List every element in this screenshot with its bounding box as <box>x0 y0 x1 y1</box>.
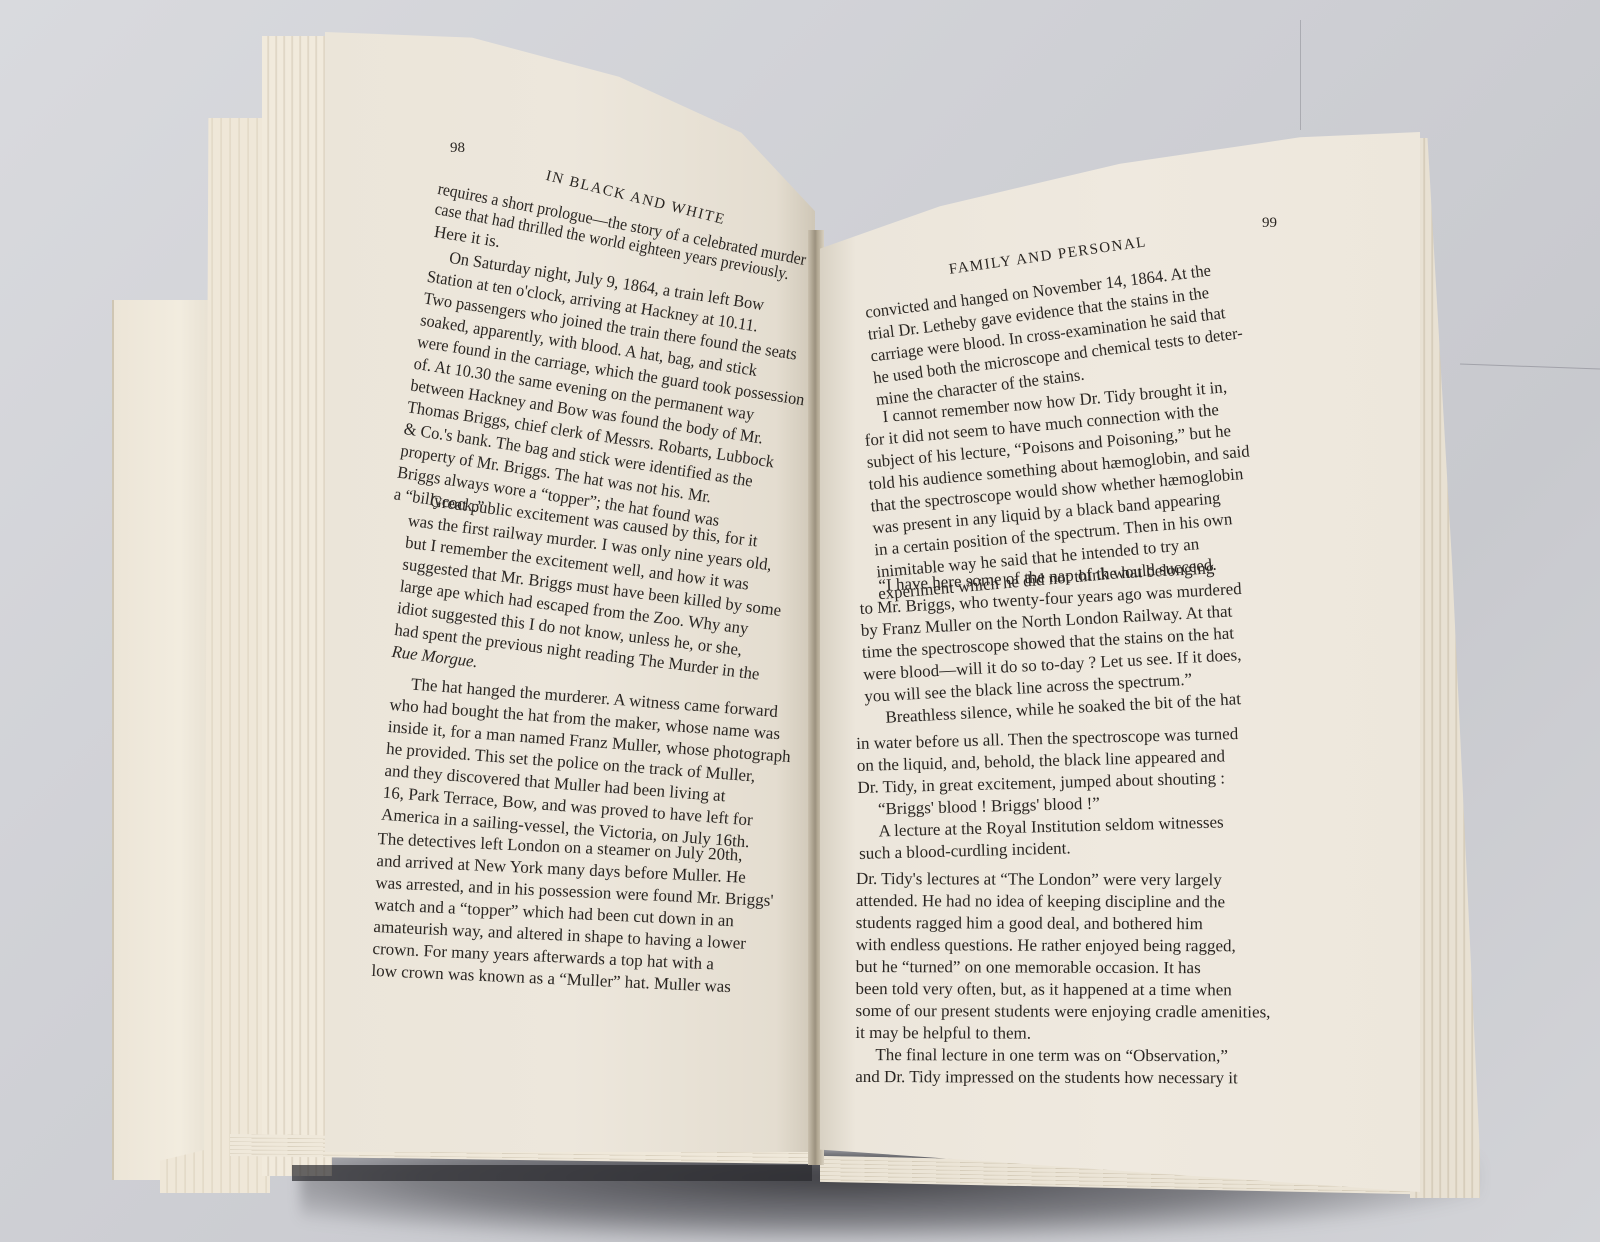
page-number-left: 98 <box>450 140 465 157</box>
page-number-right: 99 <box>1262 215 1277 232</box>
right-page-text-block-5: Dr. Tidy's lectures at “The London” were… <box>855 868 1271 1089</box>
left-page-text-block-4: The detectives left London on a steamer … <box>371 828 776 1000</box>
right-page-text-block-4: in water before us all. Then the spectro… <box>856 723 1241 865</box>
book-spine-bottom <box>292 1165 812 1181</box>
surface-crack <box>1300 20 1301 130</box>
left-page-text-block-3: The hat hanged the murderer. A witness c… <box>380 672 794 856</box>
page-stack-left-inner <box>262 36 332 1176</box>
right-page-text-block-3: “I have here some of the nap of the hat … <box>858 556 1248 730</box>
